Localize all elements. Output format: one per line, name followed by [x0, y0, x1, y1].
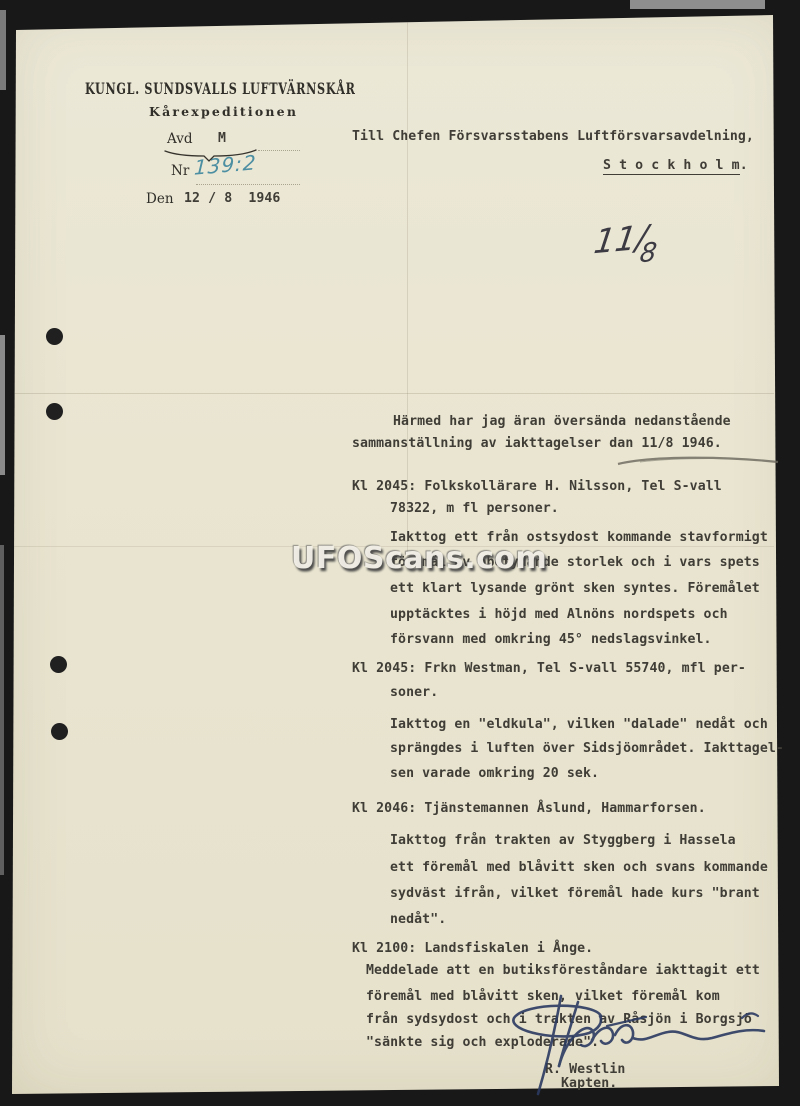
document-line: sammanställning av iakttagelser dan 11/8… — [352, 436, 722, 451]
document-line: Meddelade att en butiksföreståndare iakt… — [366, 963, 760, 978]
document-line: ett klart lysande grönt sken syntes. För… — [390, 581, 760, 596]
document-line: nedåt". — [390, 912, 446, 927]
document-line: Iakttog från trakten av Styggberg i Hass… — [390, 833, 736, 848]
document-line: Kl 2100: Landsfiskalen i Ånge. — [352, 941, 593, 956]
document-line: 78322, m fl personer. — [390, 501, 559, 516]
document-line: Kl 2046: Tjänstemannen Åslund, Hammarfor… — [352, 801, 706, 816]
document-line: ett föremål med blåvitt sken och svans k… — [390, 860, 768, 875]
document-line: sydväst ifrån, vilket föremål hade kurs … — [390, 886, 760, 901]
document-line: försvann med omkring 45° nedslagsvinkel. — [390, 632, 712, 647]
document-line: föremål med blåvitt sken, vilket föremål… — [366, 989, 720, 1004]
signatory-name: R. Westlin — [545, 1062, 625, 1077]
watermark: UFOScans.com — [291, 541, 547, 576]
document-line: från sydsydost och i trakten av Råsjön i… — [366, 1012, 752, 1027]
document-line: Kl 2045: Folkskollärare H. Nilsson, Tel … — [352, 479, 722, 494]
document-line: sen varade omkring 20 sek. — [390, 766, 599, 781]
document-line: Kl 2045: Frkn Westman, Tel S-vall 55740,… — [352, 661, 746, 676]
document-line: sprängdes i luften över Sidsjöområdet. I… — [390, 741, 784, 756]
document-line: upptäcktes i höjd med Alnöns nordspets o… — [390, 607, 728, 622]
document-line: soner. — [390, 685, 438, 700]
document-line: Iakttog en "eldkula", vilken "dalade" ne… — [390, 717, 768, 732]
document-line: "sänkte sig och exploderade". — [366, 1035, 599, 1050]
scanned-letter: KUNGL. SUNDSVALLS LUFTVÄRNSKÅR Kårexpedi… — [0, 0, 800, 1106]
signatory-title: Kapten. — [561, 1076, 617, 1091]
document-line: Härmed har jag äran översända nedanståen… — [393, 414, 731, 429]
